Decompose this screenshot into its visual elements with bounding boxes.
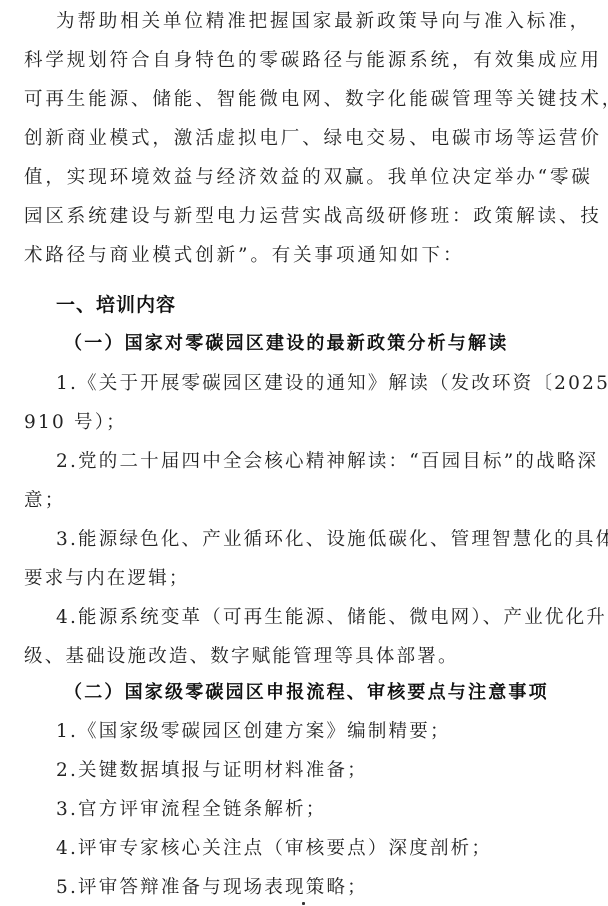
sub1-item-2-line-1: 2.党的二十届四中全会核心精神解读：“百园目标”的战略深 (56, 450, 598, 474)
sub1-item-1-line-2: 910 号）； (24, 411, 127, 435)
intro-line-7: 术路径与商业模式创新”。有关事项通知如下： (24, 244, 464, 268)
sub1-item-3-line-1: 3.能源绿色化、产业循环化、设施低碳化、管理智慧化的具体 (56, 528, 608, 552)
sub2-item-2: 2.关键数据填报与证明材料准备； (56, 759, 368, 783)
sub2-item-5: 5.评审答辩准备与现场表现策略； (56, 876, 368, 900)
sub2-item-3: 3.官方评审流程全链条解析； (56, 798, 326, 822)
intro-line-4: 创新商业模式，激活虚拟电厂、绿电交易、电碳市场等运营价 (24, 127, 602, 151)
sub1-item-1-line-1: 1.《关于开展零碳园区建设的通知》解读（发改环资〔2025〕 (56, 372, 608, 396)
sub2-item-4: 4.评审专家核心关注点（审核要点）深度剖析； (56, 837, 492, 861)
intro-line-1: 为帮助相关单位精准把握国家最新政策导向与准入标准， (56, 10, 591, 34)
intro-line-3: 可再生能源、储能、智能微电网、数字化能碳管理等关键技术， (24, 88, 608, 112)
subsection-heading-1: （一）国家对零碳园区建设的最新政策分析与解读 (64, 332, 508, 356)
sub1-item-4-line-1: 4.能源系统变革（可再生能源、储能、微电网）、产业优化升 (56, 606, 607, 630)
sub2-item-1: 1.《国家级零碳园区创建方案》编制精要； (56, 720, 451, 744)
sub1-item-3-line-2: 要求与内在逻辑； (24, 567, 190, 591)
section-heading-training-content: 一、培训内容 (56, 293, 176, 317)
sub1-item-2-line-2: 意； (24, 489, 65, 513)
page-edge-mark (302, 902, 305, 905)
intro-line-5: 值，实现环境效益与经济效益的双赢。我单位决定举办“零碳 (24, 166, 593, 190)
intro-line-6: 园区系统建设与新型电力运营实战高级研修班：政策解读、技 (24, 205, 602, 229)
sub1-item-4-line-2: 级、基础设施改造、数字赋能管理等具体部署。 (24, 645, 459, 669)
subsection-heading-2: （二）国家级零碳园区申报流程、审核要点与注意事项 (64, 681, 549, 705)
intro-line-2: 科学规划符合自身特色的零碳路径与能源系统，有效集成应用 (24, 49, 602, 73)
